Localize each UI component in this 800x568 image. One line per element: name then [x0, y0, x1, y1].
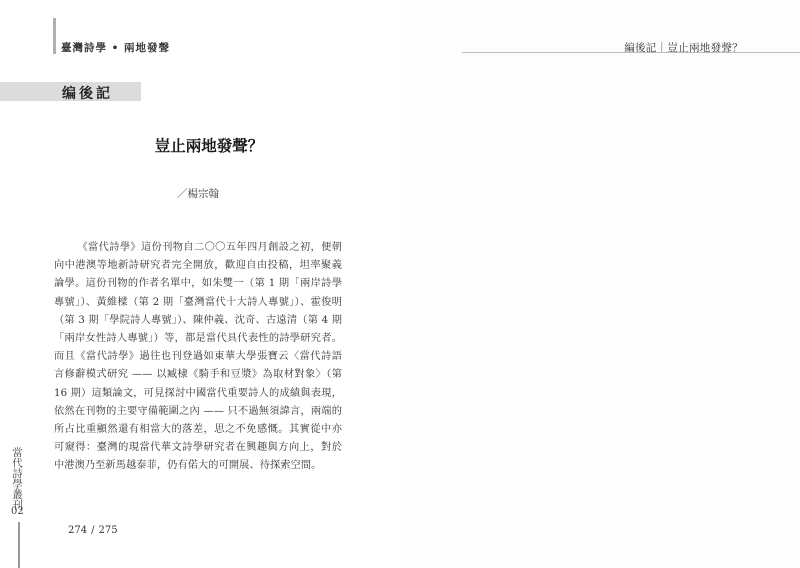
running-header-left: 臺灣詩學 • 兩地發聲 [61, 40, 170, 55]
page-number-right: 275 [98, 525, 117, 536]
article-title: 豈止兩地發聲？ [0, 134, 400, 156]
header-accent-bar [53, 18, 56, 54]
paragraph: 《當代詩學》這份刊物自二〇〇五年四月創設之初，便朝向中港澳等地新詩研究者完全開放… [54, 239, 342, 476]
page-number-separator: / [91, 525, 94, 536]
page-number-left: 274 [68, 525, 87, 536]
right-page: 編後記｜豈止兩地發聲？ 《當代詩學》以「學術年刊」形式，發行至第 17 期後劃下… [400, 0, 800, 568]
left-page: 臺灣詩學 • 兩地發聲 编後記 豈止兩地發聲？ ／楊宗翰 《當代詩學》這份刊物自… [0, 0, 400, 568]
spine-rule [18, 522, 20, 568]
left-body-text: 《當代詩學》這份刊物自二〇〇五年四月創設之初，便朝向中港澳等地新詩研究者完全開放… [54, 239, 342, 476]
section-tab: 编後記 [0, 82, 141, 101]
series-title-vertical: 當代詩學叢刊 [11, 447, 25, 510]
section-tab-label: 编後記 [62, 83, 113, 103]
page-numbers: 274/275 [68, 525, 118, 536]
header-rule [462, 52, 800, 53]
book-spread: 臺灣詩學 • 兩地發聲 编後記 豈止兩地發聲？ ／楊宗翰 《當代詩學》這份刊物自… [0, 0, 800, 568]
author-byline: ／楊宗翰 [177, 186, 219, 201]
issue-number: 02 [11, 506, 24, 517]
